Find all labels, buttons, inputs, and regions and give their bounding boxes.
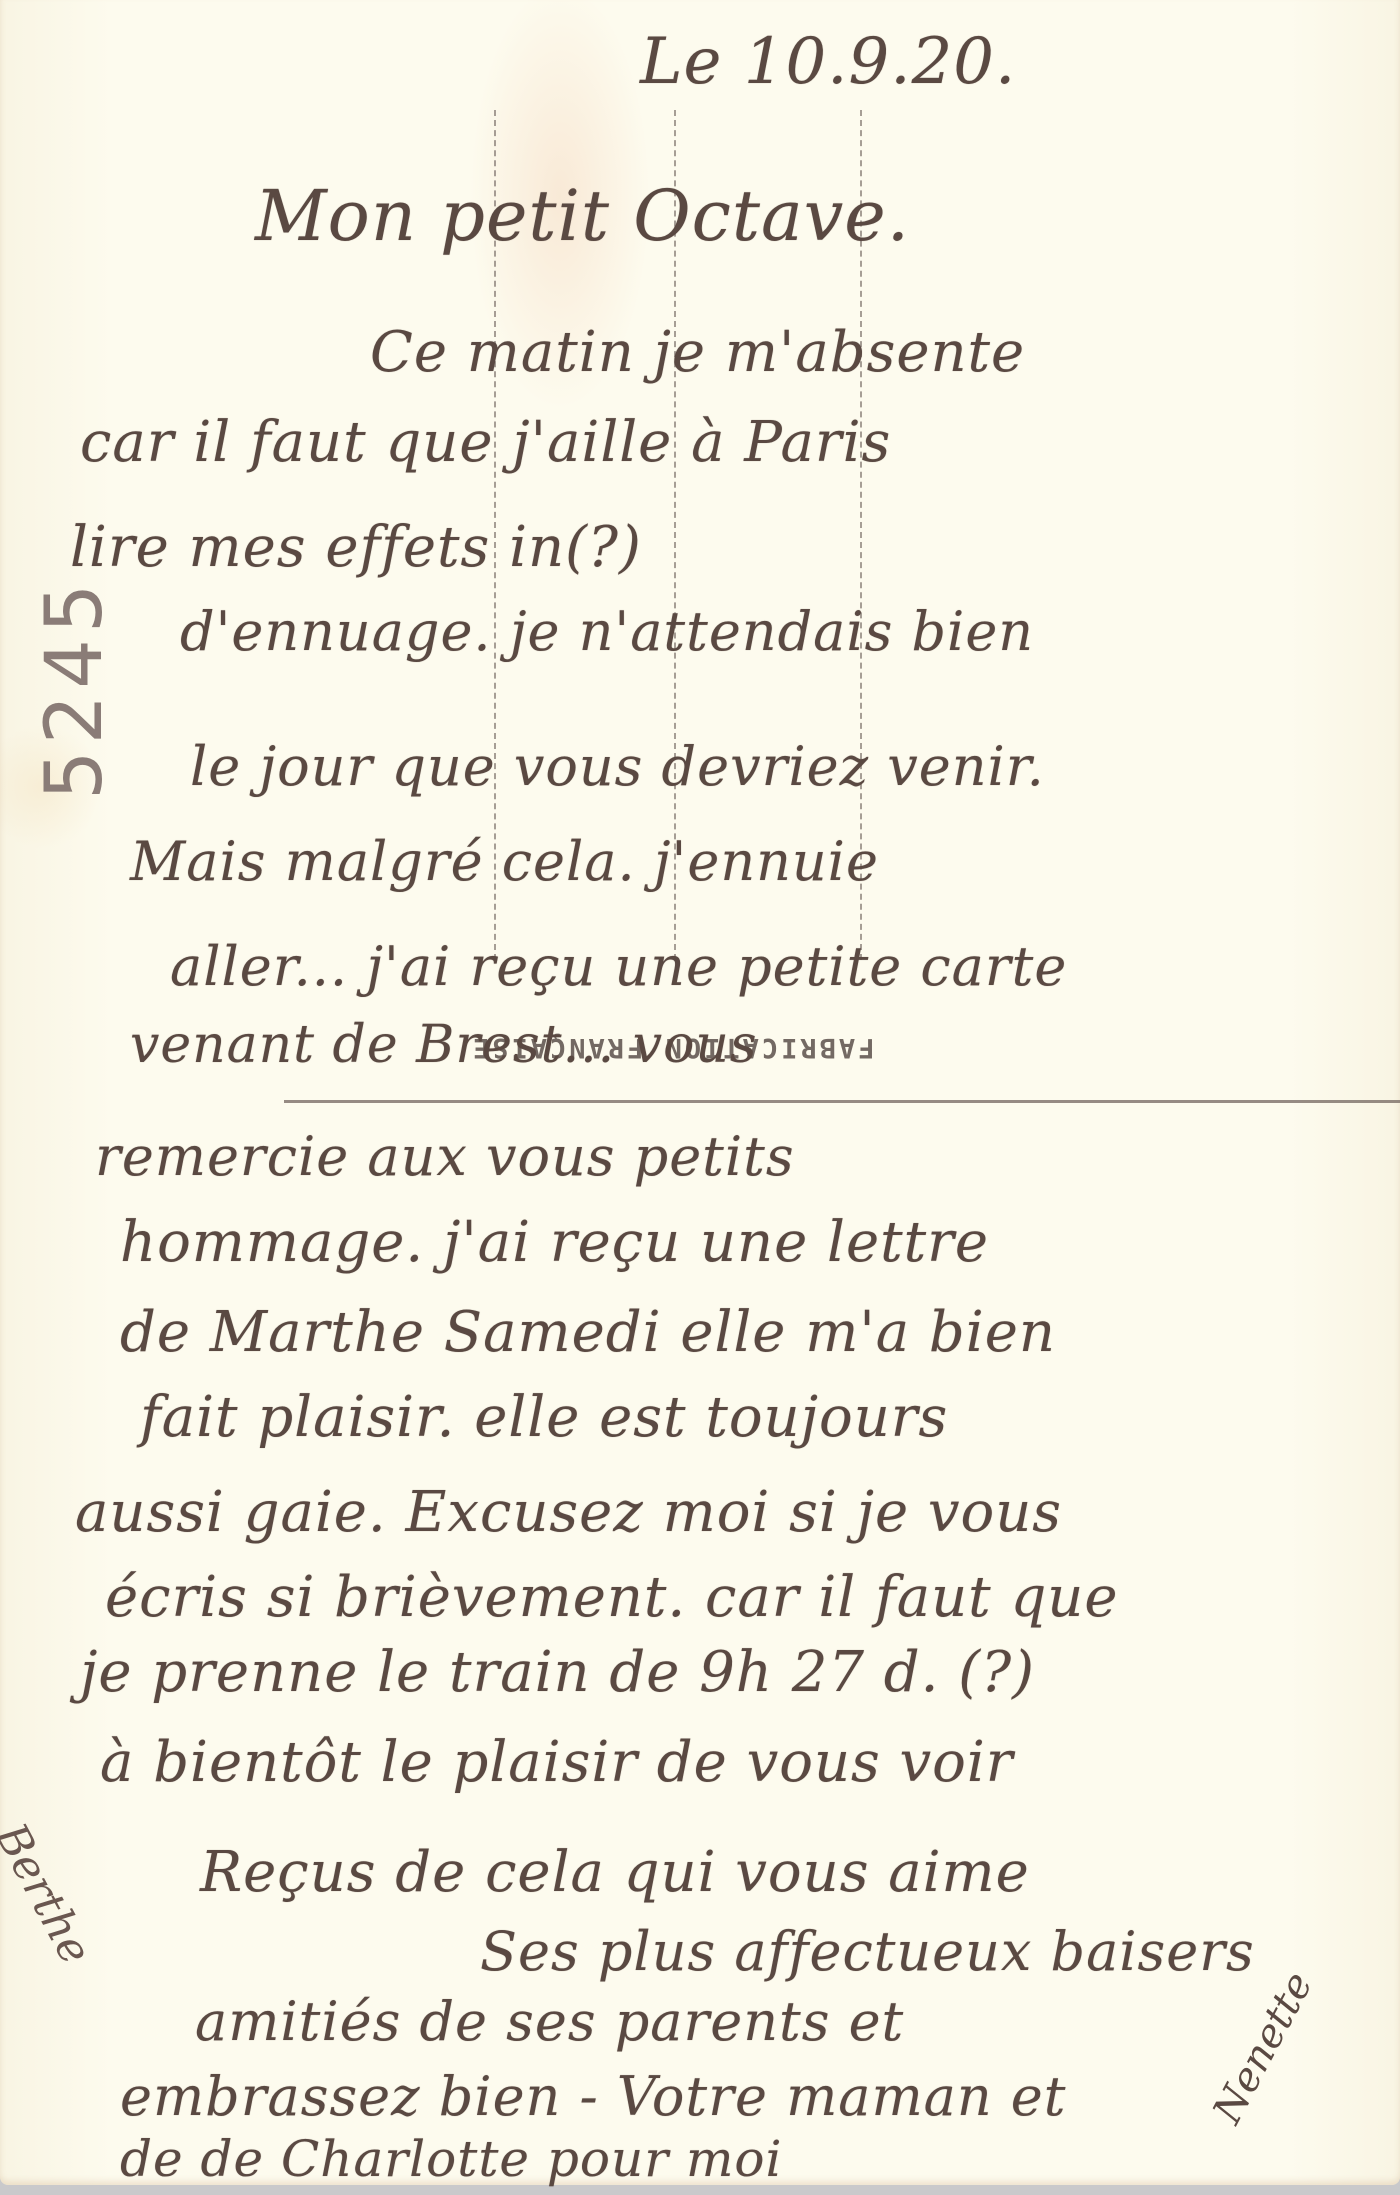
body-line: à bientôt le plaisir de vous voir — [100, 1730, 1014, 1795]
body-line: de de Charlotte pour moi — [120, 2130, 783, 2188]
margin-signature: Berthe — [0, 1815, 101, 1973]
body-line: Ce matin je m'absente — [370, 320, 1025, 385]
body-line: amitiés de ses parents et — [195, 1990, 904, 2053]
body-line: hommage. j'ai reçu une lettre — [120, 1210, 989, 1275]
body-line: le jour que vous devriez venir. — [190, 735, 1045, 798]
body-line: remercie aux vous petits — [95, 1125, 795, 1188]
body-line: lire mes effets in(?) — [70, 515, 642, 580]
corner-signature: Nenette — [1204, 1965, 1322, 2131]
body-line: je prenne le train de 9h 27 d. (?) — [80, 1640, 1035, 1705]
body-line: aller... j'ai reçu une petite carte — [170, 935, 1067, 998]
letter-greeting: Mon petit Octave. — [255, 175, 910, 257]
letter-date: Le 10.9.20. — [640, 25, 1016, 99]
address-divider-rule — [284, 1100, 1400, 1103]
body-line: venant de Brest... vous — [130, 1015, 758, 1075]
body-line: embrassez bien - Votre maman et — [120, 2065, 1066, 2128]
body-line: Mais malgré cela. j'ennuie — [130, 830, 879, 893]
body-line: de Marthe Samedi elle m'a bien — [120, 1300, 1056, 1365]
body-line: Ses plus affectueux baisers — [480, 1920, 1255, 1983]
body-line: Reçus de cela qui vous aime — [200, 1840, 1030, 1905]
postcard-back: FABRICATION FRANÇAISE Le 10.9.20. Mon pe… — [0, 0, 1400, 2185]
body-line: d'ennuage. je n'attendais bien — [180, 600, 1034, 663]
archive-number: 5245 — [30, 577, 120, 800]
body-line: écris si brièvement. car il faut que — [105, 1565, 1119, 1630]
body-line: fait plaisir. elle est toujours — [140, 1385, 948, 1450]
body-line: car il faut que j'aille à Paris — [80, 410, 891, 475]
body-line: aussi gaie. Excusez moi si je vous — [75, 1480, 1062, 1545]
